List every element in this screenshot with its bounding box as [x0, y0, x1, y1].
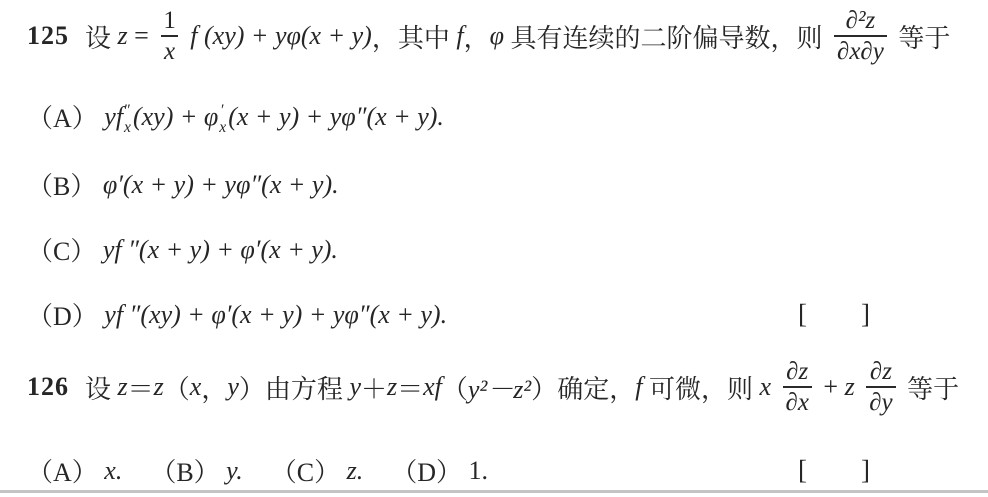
text-run: = — [128, 21, 156, 51]
text-run: ，其中 — [372, 18, 457, 55]
fraction-denominator: ∂x∂y — [834, 35, 887, 66]
text-run: （ — [442, 369, 468, 406]
question-126-number: 126 — [27, 372, 69, 402]
option-b-text: （B） φ′(x + y) + yφ″(x + y). — [27, 166, 339, 203]
fraction: ∂z∂x — [783, 357, 812, 418]
text-run: ＝ — [397, 369, 423, 406]
text-run: ） — [531, 369, 557, 406]
text-run: （C） — [27, 231, 103, 268]
text-run: xf — [423, 372, 442, 402]
text-run: φ — [490, 21, 511, 51]
option-c-text: （C） yf ″(x + y) + φ′(x + y). — [27, 231, 338, 268]
subscript-variable: x — [219, 120, 226, 136]
bottom-rule — [0, 490, 988, 493]
text-run: （B） — [150, 452, 226, 489]
text-run: ＋ — [361, 369, 387, 406]
text-run: z — [387, 372, 397, 402]
prime-mark: ″ — [124, 103, 131, 119]
option-c-text: （C） z. — [271, 452, 363, 489]
text-run: z — [845, 372, 862, 402]
prime-subscript-stack: ′x — [219, 103, 226, 136]
question-125-option-d: （D） yf ″(xy) + φ′(x + y) + yφ″(x + y). — [27, 296, 447, 333]
text-run: （A） — [27, 98, 104, 135]
text-run: 可微，则 — [649, 369, 760, 406]
text-run: yf — [104, 102, 123, 132]
text-run: φ′(x + y) + yφ″(x + y). — [103, 170, 339, 200]
question-126-stem: 设 z＝z（x，y）由方程 y＋z＝xf（y²－z²）确定，f 可微，则 x ∂… — [85, 357, 959, 418]
option-b-text: （B） y. — [150, 452, 242, 489]
text-run: (xy) + φ — [133, 102, 218, 132]
text-run: (x + y) + yφ″(x + y). — [228, 102, 444, 132]
option-a-text: （A） yf″x(xy) + φ′x(x + y) + yφ″(x + y). — [27, 98, 444, 135]
question-125-option-b: （B） φ′(x + y) + yφ″(x + y). — [27, 166, 339, 203]
text-run: （D） — [27, 296, 104, 333]
text-run: z — [118, 372, 128, 402]
fraction-denominator: ∂x — [783, 386, 812, 417]
text-run: y — [349, 372, 361, 402]
text-run: x. — [104, 456, 122, 486]
text-run: （B） — [27, 166, 103, 203]
fraction: 1x — [160, 6, 178, 67]
fraction-denominator: ∂y — [866, 386, 895, 417]
text-run: f — [456, 21, 463, 51]
text-run: （C） — [271, 452, 347, 489]
question-125-stem: 设 z = 1x f (xy) + yφ(x + y)，其中 f，φ 具有连续的… — [85, 6, 950, 67]
text-run: yf ″(x + y) + φ′(x + y). — [103, 235, 338, 265]
question-125-number: 125 — [27, 21, 69, 51]
option-a-text: （A） x. — [27, 452, 122, 489]
question-126-options-row: （A） x. （B） y. （C） z. （D） 1. — [27, 452, 516, 489]
text-run: 等于 — [901, 369, 960, 406]
text-run: 1. — [469, 456, 489, 486]
text-run: 确定， — [557, 369, 635, 406]
fraction: ∂²z∂x∂y — [834, 6, 887, 67]
text-run: （A） — [27, 452, 104, 489]
answer-bracket-126: [ ] — [798, 455, 870, 486]
text-run: 由方程 — [265, 369, 350, 406]
prime-subscript-stack: ″x — [124, 103, 131, 136]
text-run: z — [154, 372, 164, 402]
question-125-stem-line: 125 设 z = 1x f (xy) + yφ(x + y)，其中 f，φ 具… — [27, 6, 950, 67]
text-run: yf ″(xy) + φ′(x + y) + yφ″(x + y). — [104, 300, 447, 330]
option-d-text: （D） 1. — [391, 452, 488, 489]
text-run: x — [190, 372, 202, 402]
text-run: 设 — [85, 18, 118, 55]
text-run: （D） — [391, 452, 468, 489]
text-run: 等于 — [892, 18, 951, 55]
fraction-numerator: ∂z — [867, 357, 895, 386]
text-run: 具有连续的二阶偏导数，则 — [510, 18, 829, 55]
text-run: ， — [464, 18, 490, 55]
text-run: + — [817, 372, 845, 402]
text-run: ＝ — [128, 369, 154, 406]
question-125-option-a: （A） yf″x(xy) + φ′x(x + y) + yφ″(x + y). — [27, 98, 444, 135]
text-run: ） — [239, 369, 265, 406]
text-run: x — [759, 372, 777, 402]
fraction-numerator: ∂z — [783, 357, 811, 386]
exam-page: 125 设 z = 1x f (xy) + yφ(x + y)，其中 f，φ 具… — [0, 0, 988, 497]
subscript-variable: x — [124, 120, 131, 136]
text-run: ， — [201, 369, 227, 406]
answer-bracket-125: [ ] — [798, 299, 870, 330]
fraction-numerator: 1 — [160, 6, 178, 35]
question-126-stem-line: 126 设 z＝z（x，y）由方程 y＋z＝xf（y²－z²）确定，f 可微，则… — [27, 357, 959, 418]
question-125-option-c: （C） yf ″(x + y) + φ′(x + y). — [27, 231, 338, 268]
prime-mark: ′ — [221, 103, 224, 119]
text-run: y — [227, 372, 239, 402]
option-d-text: （D） yf ″(xy) + φ′(x + y) + yφ″(x + y). — [27, 296, 447, 333]
text-run: z — [118, 21, 128, 51]
text-run: y. — [226, 456, 243, 486]
text-run: f — [635, 372, 649, 402]
fraction-numerator: ∂²z — [843, 6, 879, 35]
text-run: 设 — [85, 369, 118, 406]
fraction-denominator: x — [161, 35, 178, 66]
text-run: z. — [347, 456, 364, 486]
fraction: ∂z∂y — [866, 357, 895, 418]
text-run: （ — [164, 369, 190, 406]
text-run: y²－z² — [468, 369, 531, 406]
text-run: f (xy) + yφ(x + y) — [184, 21, 372, 51]
